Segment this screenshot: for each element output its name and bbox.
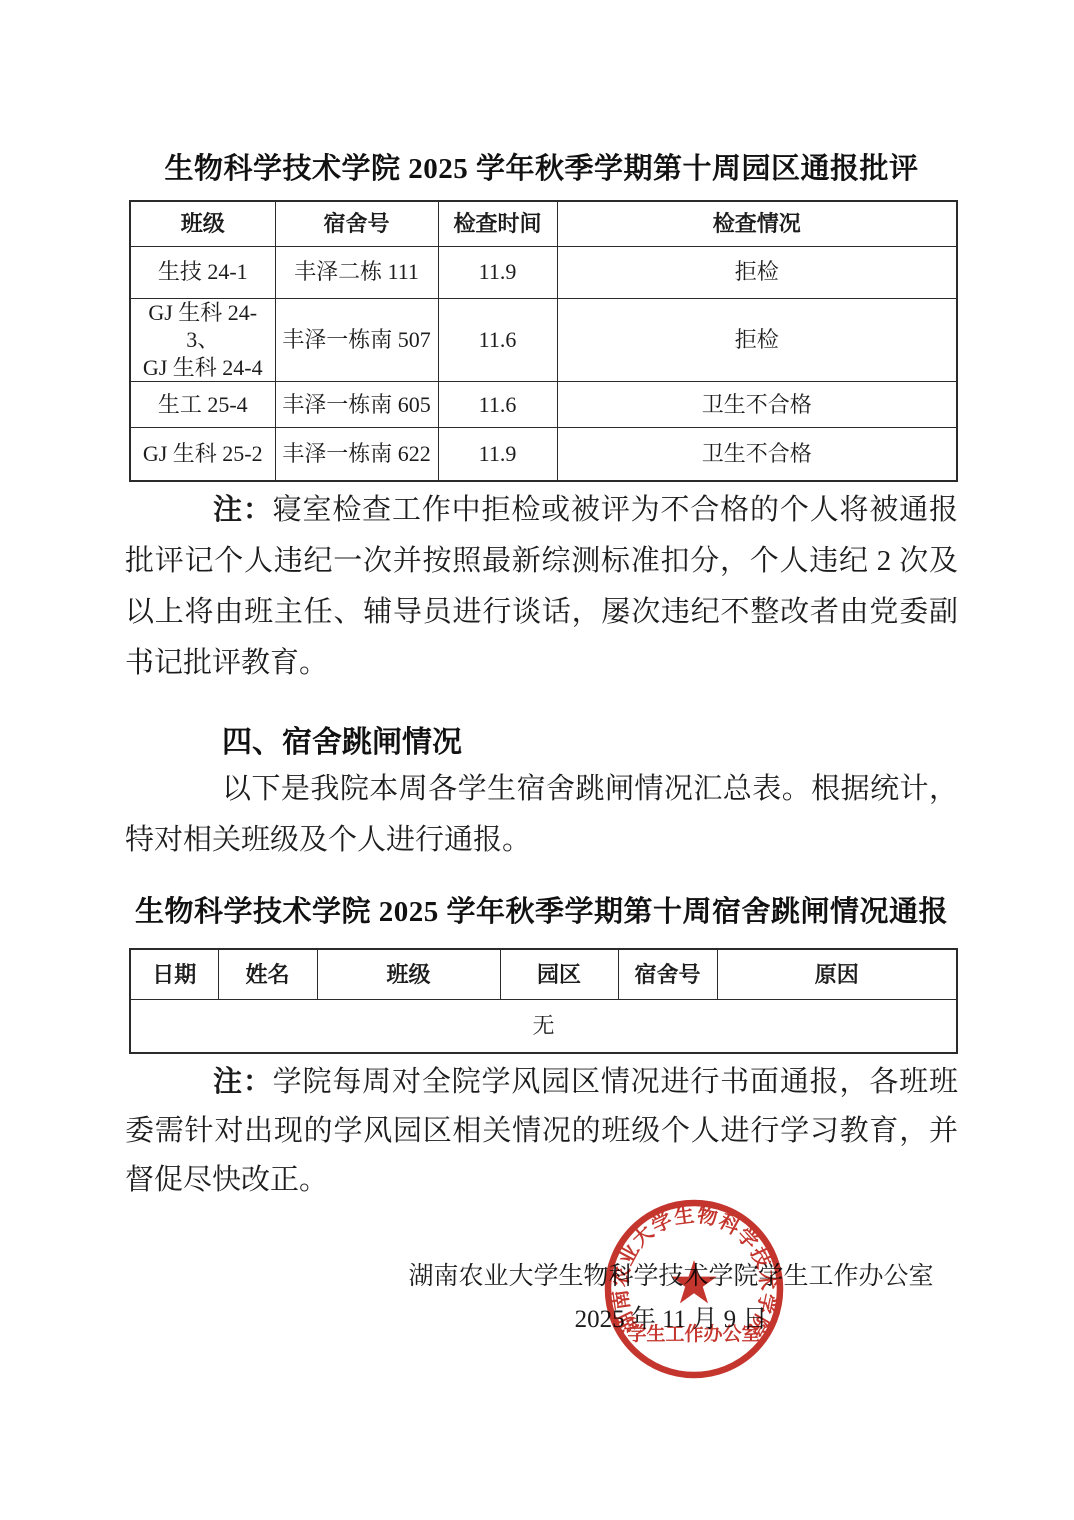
table-empty-row: 无 (130, 999, 957, 1053)
cell-class: 生工 25-4 (130, 382, 275, 428)
col-header-dorm: 宿舍号 (618, 949, 717, 999)
cell-result: 卫生不合格 (557, 428, 957, 481)
col-header-name: 姓名 (218, 949, 317, 999)
col-header-result: 检查情况 (557, 201, 957, 246)
cell-dorm: 丰泽一栋南 605 (275, 382, 438, 428)
cell-dorm: 丰泽一栋南 507 (275, 298, 438, 382)
seal-bottom-text: 学生工作办公室 (627, 1322, 760, 1345)
inspection-note-paragraph: 注：寝室检查工作中拒检或被评为不合格的个人将被通报批评记个人违纪一次并按照最新综… (125, 485, 958, 689)
trip-intro-paragraph: 以下是我院本周各学生宿舍跳闸情况汇总表。根据统计，特对相关班级及个人进行通报。 (125, 764, 958, 866)
cell-dorm: 丰泽二栋 111 (275, 246, 438, 298)
col-header-class: 班级 (317, 949, 500, 999)
cell-time: 11.9 (438, 428, 557, 481)
table-header-row: 日期 姓名 班级 园区 宿舍号 原因 (130, 949, 957, 999)
table-row: GJ 生科 25-2 丰泽一栋南 622 11.9 卫生不合格 (130, 428, 957, 481)
document-page: 生物科学技术学院 2025 学年秋季学期第十周园区通报批评 班级 宿舍号 检查时… (0, 0, 1074, 1520)
cell-class: 生技 24-1 (130, 246, 275, 298)
table-header-row: 班级 宿舍号 检查时间 检查情况 (130, 201, 957, 246)
table-row: 生技 24-1 丰泽二栋 111 11.9 拒检 (130, 246, 957, 298)
seal-star (671, 1260, 717, 1303)
cell-result: 卫生不合格 (557, 382, 957, 428)
cell-none: 无 (130, 999, 957, 1053)
trip-note-paragraph: 注：学院每周对全院学风园区情况进行书面通报，各班班委需针对出现的学风园区相关情况… (125, 1058, 958, 1205)
inspection-report-title: 生物科学技术学院 2025 学年秋季学期第十周园区通报批评 (125, 146, 958, 187)
col-header-date: 日期 (130, 949, 218, 999)
col-header-time: 检查时间 (438, 201, 557, 246)
cell-time: 11.6 (438, 298, 557, 382)
cell-class: GJ 生科 25-2 (130, 428, 275, 481)
official-seal-stamp: 湖南农业大学生物科学技术学院 学生工作办公室 (599, 1194, 789, 1384)
trip-report-title: 生物科学技术学院 2025 学年秋季学期第十周宿舍跳闸情况通报 (125, 889, 958, 930)
cell-time: 11.6 (438, 382, 557, 428)
inspection-table: 班级 宿舍号 检查时间 检查情况 生技 24-1 丰泽二栋 111 11.9 拒… (129, 200, 958, 482)
col-header-class: 班级 (130, 201, 275, 246)
cell-result: 拒检 (557, 246, 957, 298)
cell-time: 11.9 (438, 246, 557, 298)
col-header-reason: 原因 (717, 949, 957, 999)
cell-dorm: 丰泽一栋南 622 (275, 428, 438, 481)
note-label: 注： (213, 1066, 273, 1098)
note-label: 注： (213, 494, 273, 526)
trip-table: 日期 姓名 班级 园区 宿舍号 原因 无 (129, 948, 958, 1054)
section-heading-trip: 四、宿舍跳闸情况 (125, 717, 958, 761)
cell-class: GJ 生科 24-3、 GJ 生科 24-4 (130, 298, 275, 382)
table-row: 生工 25-4 丰泽一栋南 605 11.6 卫生不合格 (130, 382, 957, 428)
col-header-dorm: 宿舍号 (275, 201, 438, 246)
cell-result: 拒检 (557, 298, 957, 382)
col-header-area: 园区 (500, 949, 618, 999)
table-row: GJ 生科 24-3、 GJ 生科 24-4 丰泽一栋南 507 11.6 拒检 (130, 298, 957, 382)
